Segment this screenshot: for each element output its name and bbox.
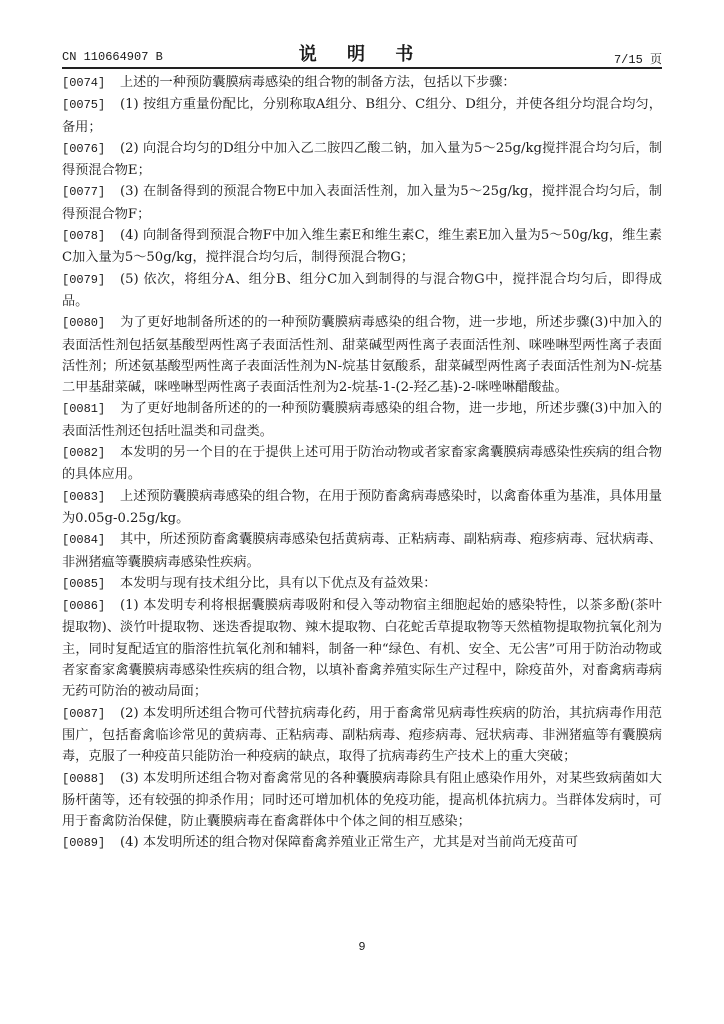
paragraph-number: [0087] xyxy=(62,704,120,725)
paragraph-0077: [0077](3) 在制备得到的预混合物E中加入表面活性剂，加入量为5～25g/… xyxy=(62,181,662,225)
paragraph-number: [0076] xyxy=(62,139,120,160)
paragraph-number: [0077] xyxy=(62,182,120,203)
paragraph-number: [0074] xyxy=(62,73,120,94)
paragraph-0086: [0086](1) 本发明专利将根据囊膜病毒吸附和侵入等动物宿主细胞起始的感染特… xyxy=(62,595,662,702)
paragraph-text: (5) 依次，将组分A、组分B、组分C加入到制得的与混合物G中，搅拌混合均匀后，… xyxy=(62,272,662,309)
paragraph-0081: [0081]为了更好地制备所述的的一种预防囊膜病毒感染的组合物，进一步地，所述步… xyxy=(62,398,662,442)
paragraph-0080: [0080]为了更好地制备所述的的一种预防囊膜病毒感染的组合物，进一步地，所述步… xyxy=(62,312,662,398)
paragraph-text: 本发明的另一个目的在于提供上述可用于防治动物或者家畜家禽囊膜病毒感染性疾病的组合… xyxy=(62,445,662,482)
paragraph-text: (1) 本发明专利将根据囊膜病毒吸附和侵入等动物宿主细胞起始的感染特性，以茶多酚… xyxy=(62,598,662,699)
paragraph-0087: [0087](2) 本发明所述组合物可代替抗病毒化药，用于畜禽常见病毒性疾病的防… xyxy=(62,703,662,768)
paragraph-0088: [0088](3) 本发明所述组合物对畜禽常见的各种囊膜病毒除具有阻止感染作用外… xyxy=(62,768,662,833)
paragraph-text: 为了更好地制备所述的的一种预防囊膜病毒感染的组合物，进一步地，所述步骤(3)中加… xyxy=(62,401,662,438)
paragraph-number: [0088] xyxy=(62,769,120,790)
paragraph-text: 其中，所述预防畜禽囊膜病毒感染包括黄病毒、正粘病毒、副粘病毒、疱疹病毒、冠状病毒… xyxy=(62,532,662,569)
paragraph-text: 上述预防囊膜病毒感染的组合物，在用于预防畜禽病毒感染时，以禽畜体重为基准，具体用… xyxy=(62,489,662,526)
page-header: CN 110664907 B 说 明 书 7/15 页 xyxy=(62,40,662,68)
paragraph-0084: [0084]其中，所述预防畜禽囊膜病毒感染包括黄病毒、正粘病毒、副粘病毒、疱疹病… xyxy=(62,529,662,573)
paragraph-0082: [0082]本发明的另一个目的在于提供上述可用于防治动物或者家畜家禽囊膜病毒感染… xyxy=(62,442,662,486)
paragraph-text: 为了更好地制备所述的的一种预防囊膜病毒感染的组合物，进一步地，所述步骤(3)中加… xyxy=(62,315,662,395)
paragraph-text: (3) 本发明所述组合物对畜禽常见的各种囊膜病毒除具有阻止感染作用外，对某些致病… xyxy=(62,771,662,830)
paragraph-number: [0078] xyxy=(62,226,120,247)
paragraph-0089: [0089](4) 本发明所述的组合物对保障畜禽养殖业正常生产，尤其是对当前尚无… xyxy=(62,832,662,854)
paragraph-number: [0081] xyxy=(62,399,120,420)
paragraph-text: (4) 向制备得到预混合物F中加入维生素E和维生素C，维生素E加入量为5～50g… xyxy=(62,228,662,265)
paragraph-0083: [0083]上述预防囊膜病毒感染的组合物，在用于预防畜禽病毒感染时，以禽畜体重为… xyxy=(62,486,662,530)
paragraph-text: (4) 本发明所述的组合物对保障畜禽养殖业正常生产，尤其是对当前尚无疫苗可 xyxy=(120,835,578,850)
page-indicator: 7/15 页 xyxy=(614,50,662,67)
paragraph-0079: [0079](5) 依次，将组分A、组分B、组分C加入到制得的与混合物G中，搅拌… xyxy=(62,269,662,313)
paragraph-number: [0079] xyxy=(62,270,120,291)
paragraph-number: [0089] xyxy=(62,833,120,854)
paragraph-text: 上述的一种预防囊膜病毒感染的组合物的制备方法，包括以下步骤： xyxy=(120,75,516,90)
paragraph-text: (2) 本发明所述组合物可代替抗病毒化药，用于畜禽常见病毒性疾病的防治，其抗病毒… xyxy=(62,706,662,765)
document-title: 说 明 书 xyxy=(62,40,662,66)
paragraph-text: 本发明与现有技术组分比，具有以下优点及有益效果： xyxy=(120,576,437,591)
paragraph-number: [0075] xyxy=(62,95,120,116)
paragraph-0085: [0085]本发明与现有技术组分比，具有以下优点及有益效果： xyxy=(62,573,662,595)
document-body: [0074]上述的一种预防囊膜病毒感染的组合物的制备方法，包括以下步骤： [00… xyxy=(62,72,662,855)
paragraph-0078: [0078](4) 向制备得到预混合物F中加入维生素E和维生素C，维生素E加入量… xyxy=(62,225,662,269)
paragraph-number: [0086] xyxy=(62,596,120,617)
paragraph-text: (2) 向混合均匀的D组分中加入乙二胺四乙酸二钠，加入量为5～25g/kg搅拌混… xyxy=(62,141,662,178)
paragraph-0076: [0076](2) 向混合均匀的D组分中加入乙二胺四乙酸二钠，加入量为5～25g… xyxy=(62,138,662,182)
page-footer-number: 9 xyxy=(0,940,724,954)
header-rule xyxy=(62,67,662,69)
paragraph-0075: [0075](1) 按组方重量份配比，分别称取A组分、B组分、C组分、D组分，并… xyxy=(62,94,662,138)
paragraph-number: [0080] xyxy=(62,313,120,334)
paragraph-number: [0082] xyxy=(62,443,120,464)
paragraph-number: [0083] xyxy=(62,487,120,508)
paragraph-number: [0084] xyxy=(62,530,120,551)
paragraph-text: (3) 在制备得到的预混合物E中加入表面活性剂，加入量为5～25g/kg，搅拌混… xyxy=(62,184,662,221)
paragraph-0074: [0074]上述的一种预防囊膜病毒感染的组合物的制备方法，包括以下步骤： xyxy=(62,72,662,94)
paragraph-number: [0085] xyxy=(62,574,120,595)
paragraph-text: (1) 按组方重量份配比，分别称取A组分、B组分、C组分、D组分，并使各组分均混… xyxy=(62,97,662,134)
